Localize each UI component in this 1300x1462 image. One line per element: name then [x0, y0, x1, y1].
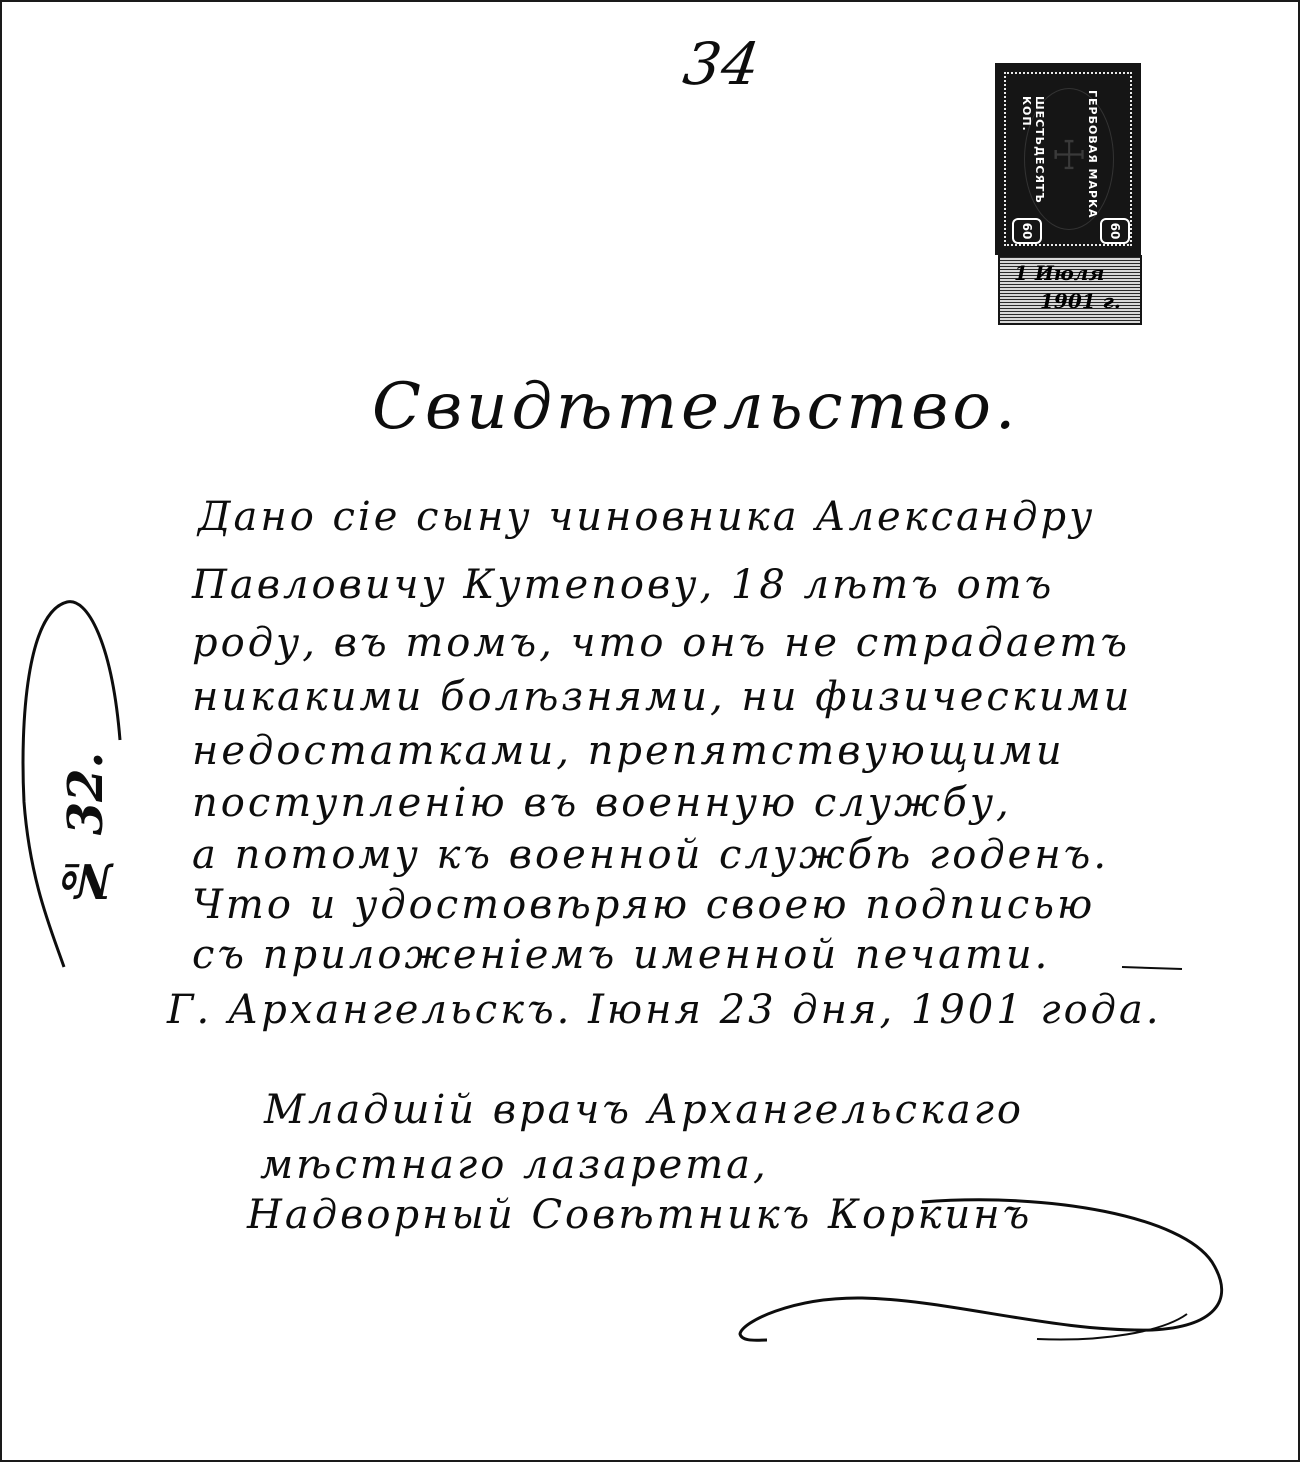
stamp-cancel-date: 1 Июля	[1014, 261, 1104, 285]
date-place-line: Г. Архангельскъ. Іюня 23 дня, 1901 года.	[167, 987, 1162, 1033]
body-line: съ приложеніемъ именной печати.	[192, 932, 1050, 978]
body-line: Дано сіе сыну чиновника Александру	[198, 494, 1095, 540]
stamp-face: ☩ ГЕРБОВАЯ МАРКА ШЕСТЬДЕСЯТЪ КОП. 60 60	[998, 66, 1138, 252]
body-line: роду, въ томъ, что онъ не страдаетъ	[192, 620, 1130, 666]
stamp-text-top: ГЕРБОВАЯ МАРКА	[1086, 90, 1099, 220]
stamp-value-right: 60	[1100, 218, 1130, 244]
body-line: никакими болѣзнями, ни физическими	[192, 674, 1132, 720]
document-title: Свидѣтельство.	[372, 370, 1019, 444]
signature-flourish-tail	[1037, 1314, 1187, 1340]
stamp-cancellation-area: 1 Июля 1901 г.	[998, 255, 1142, 325]
revenue-stamp: ☩ ГЕРБОВАЯ МАРКА ШЕСТЬДЕСЯТЪ КОП. 60 60 …	[994, 62, 1144, 332]
body-line: недостатками, препятствующими	[192, 728, 1065, 774]
signature-name: Надворный Совѣтникъ Коркинъ	[247, 1192, 1032, 1238]
body-line: Что и удостовѣряю своею подписью	[192, 882, 1095, 928]
ink-underline	[1122, 967, 1182, 969]
margin-note-text: № 32.	[58, 752, 114, 982]
margin-registry-note: № 32.	[50, 752, 110, 992]
stamp-text-bottom: ШЕСТЬДЕСЯТЪ КОП.	[1020, 96, 1046, 226]
document-page: 34 ☩ ГЕРБОВАЯ МАРКА ШЕСТЬДЕСЯТЪ КОП. 60 …	[0, 0, 1300, 1462]
stamp-cancel-year: 1901 г.	[1040, 289, 1121, 313]
folio-number: 34	[679, 30, 764, 98]
body-line: поступленію въ военную службу,	[192, 780, 1012, 826]
signature-line: Младшій врачъ Архангельскаго	[264, 1087, 1024, 1133]
stamp-value-left: 60	[1012, 218, 1042, 244]
body-line: а потому къ военной службѣ годенъ.	[192, 832, 1109, 878]
body-line: Павловичу Кутепову, 18 лѣтъ отъ	[192, 562, 1054, 608]
signature-line: мѣстнаго лазарета,	[260, 1142, 769, 1188]
